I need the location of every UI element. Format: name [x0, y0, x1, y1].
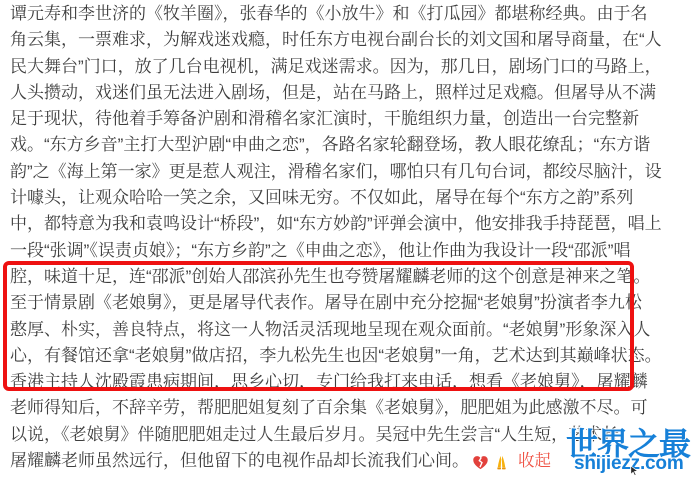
broken-heart-icon: [472, 453, 489, 470]
text-line: 谭元寿和李世济的《牧羊圈》，张春华的《小放牛》和《打瓜园》都堪称经典。由于名: [10, 1, 676, 27]
text-line: 憨厚、朴实，善良特点，将这一人物活灵活现地呈现在观众面前。“老娘舅”形象深入人: [10, 317, 676, 343]
text-line: 香港主持人沈殿霞患病期间，思乡心切，专门给我打来电话，想看《老娘舅》，屠耀麟: [10, 369, 676, 395]
text-line: 戏。“东方乡音”主打大型沪剧“申曲之恋”，各路名家轮翻登场，教人眼花缭乱；“东方…: [10, 132, 676, 158]
text-line: 心，有餐馆还拿“老娘舅”做店招，李九松先生也因“老娘舅”一角，艺术达到其巅峰状态…: [10, 343, 676, 369]
text-line: 至于情景剧《老娘舅》，更是屠导代表作。屠导在剧中充分挖掘“老娘舅”扮演者李九松: [10, 290, 676, 316]
text-line: 人头攒动，戏迷们虽无法进入剧场，但是，站在马路上，照样过足戏瘾。但屠导从不满: [10, 80, 676, 106]
text-line: 计噱头，让观众哈哈一笑之余，又回味无穷。不仅如此，屠导在每个“东方之韵”系列: [10, 185, 676, 211]
text-line: 韵”之《海上第一家》更是惹人观注，滑稽名家们，哪怕只有几句台词，都绞尽脑汁，设: [10, 159, 676, 185]
article-body: 谭元寿和李世济的《牧羊圈》，张春华的《小放牛》和《打瓜园》都堪称经典。由于名 角…: [10, 1, 676, 474]
text-line: 足于现状，待他着手筹备沪剧和滑稽名家汇演时，干脆组织力量，创造出一台完整新: [10, 106, 676, 132]
collapse-link[interactable]: 收起: [518, 448, 551, 474]
closing-text: 屠耀麟老师虽然远行，但他留下的电视作品却长流我们心间。: [10, 448, 469, 474]
text-line: 角云集，一票难求，为解戏迷戏瘾，时任东方电视台副台长的刘文国和屠导商量，在“人: [10, 27, 676, 53]
text-line: 中，都特意为我和袁鸣设计“桥段”，如“东方妙韵”评弹会演中，他安排我手持琵琶，唱…: [10, 211, 676, 237]
mouse-cursor: [629, 464, 640, 476]
text-line: 老师得知后，不辞辛劳，帮肥肥姐复刻了百余集《老娘舅》，肥肥姐为此感激不尽。可: [10, 395, 676, 421]
text-line: 一段“张调”《误责贞娘》；“东方乡韵”之《申曲之恋》，他让作曲为我设计一段“邵派…: [10, 238, 676, 264]
text-line: 腔，味道十足，连“邵派”创始人邵滨孙先生也夸赞屠耀麟老师的这个创意是神来之笔。: [10, 264, 676, 290]
text-line: 民大舞台”门口，放了几台电视机，满足戏迷需求。因为，那几日，剧场门口的马路上，: [10, 54, 676, 80]
folded-hands-icon: [493, 453, 510, 470]
